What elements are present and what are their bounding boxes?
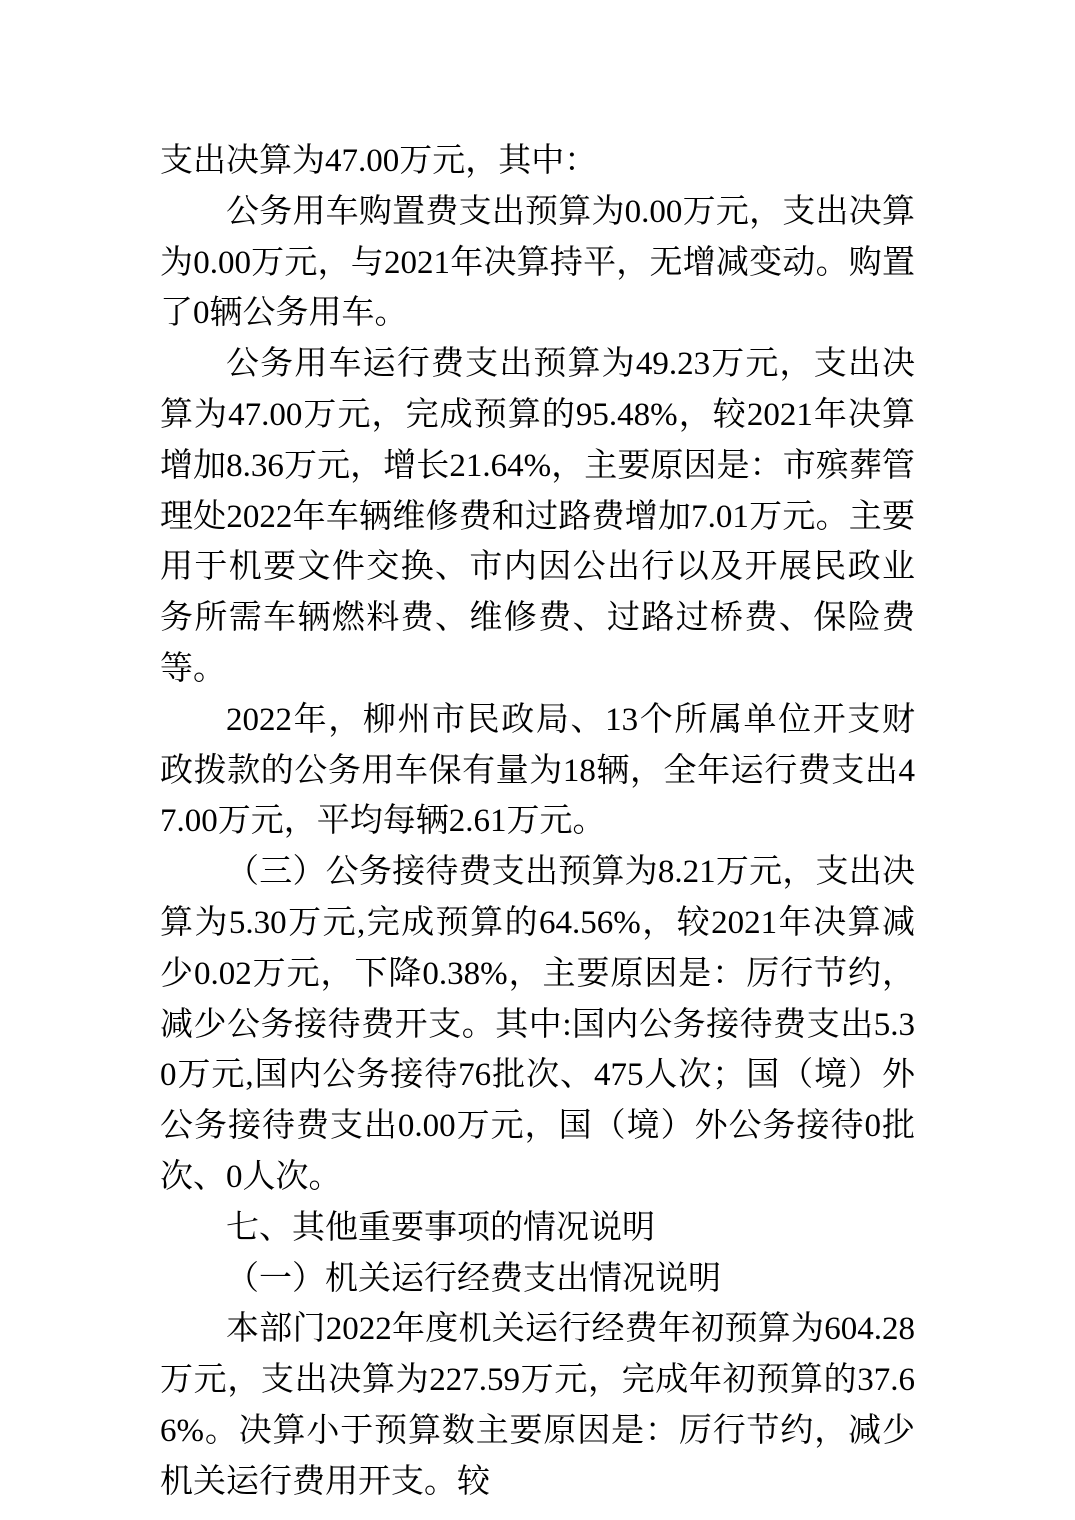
- paragraph-continuation: 支出决算为47.00万元，其中：: [160, 136, 915, 187]
- section-heading-other-important-items: 七、其他重要事项的情况说明: [160, 1203, 915, 1254]
- subsection-heading-operating-expenses: （一）机关运行经费支出情况说明: [160, 1254, 915, 1305]
- paragraph-official-reception: （三）公务接待费支出预算为8.21万元，支出决算为5.30万元,完成预算的64.…: [160, 847, 915, 1203]
- paragraph-vehicle-purchase: 公务用车购置费支出预算为0.00万元，支出决算为0.00万元，与2021年决算持…: [160, 187, 915, 339]
- paragraph-operating-expenses: 本部门2022年度机关运行经费年初预算为604.28万元，支出决算为227.59…: [160, 1304, 915, 1507]
- document-page: 支出决算为47.00万元，其中： 公务用车购置费支出预算为0.00万元，支出决算…: [0, 0, 1075, 1520]
- paragraph-vehicle-count: 2022年，柳州市民政局、13个所属单位开支财政拨款的公务用车保有量为18辆，全…: [160, 695, 915, 847]
- paragraph-vehicle-operation: 公务用车运行费支出预算为49.23万元，支出决算为47.00万元，完成预算的95…: [160, 339, 915, 695]
